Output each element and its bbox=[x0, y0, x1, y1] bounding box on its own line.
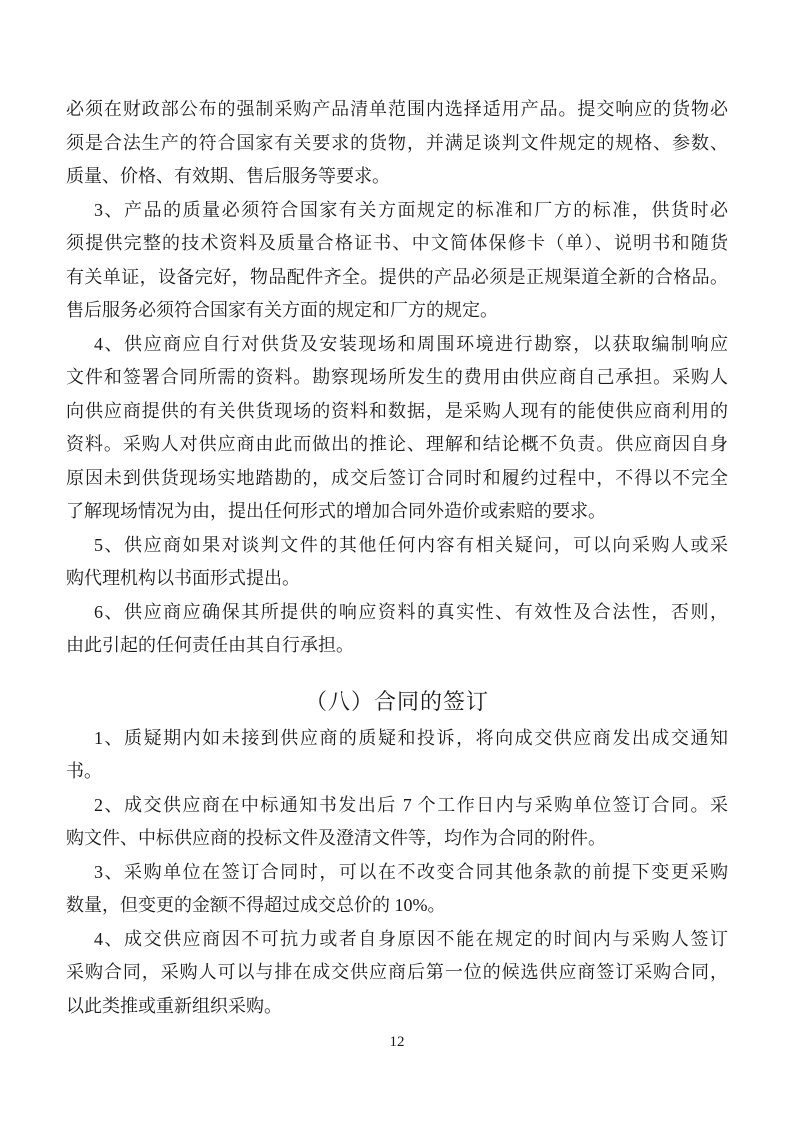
section-heading: （八）合同的签订 bbox=[66, 682, 728, 722]
document-body: 必须在财政部公布的强制采购产品清单范围内选择适用产品。提交响应的货物必须是合法生… bbox=[66, 93, 728, 1023]
text-line: 由此引起的任何责任由其自行承担。 bbox=[66, 629, 728, 663]
paragraph: 5、供应商如果对谈判文件的其他任何内容有相关疑问，可以向采购人或采购代理机构以书… bbox=[66, 529, 728, 596]
paragraph: 必须在财政部公布的强制采购产品清单范围内选择适用产品。提交响应的货物必须是合法生… bbox=[66, 93, 728, 194]
paragraph: 2、成交供应商在中标通知书发出后 7 个工作日内与采购单位签订合同。采购文件、中… bbox=[66, 789, 728, 856]
paragraph: 6、供应商应确保其所提供的响应资料的真实性、有效性及合法性，否则，由此引起的任何… bbox=[66, 596, 728, 663]
text-line: 采购合同，采购人可以与排在成交供应商后第一位的候选供应商签订采购合同， bbox=[66, 956, 728, 990]
text-line: 3、产品的质量必须符合国家有关方面规定的标准和厂方的标准，供货时必 bbox=[66, 194, 728, 228]
text-line: 5、供应商如果对谈判文件的其他任何内容有相关疑问，可以向采购人或采 bbox=[66, 529, 728, 563]
text-line: 3、采购单位在签订合同时，可以在不改变合同其他条款的前提下变更采购 bbox=[66, 856, 728, 890]
text-line: 4、成交供应商因不可抗力或者自身原因不能在规定的时间内与采购人签订 bbox=[66, 923, 728, 957]
text-line: 售后服务必须符合国家有关方面的规定和厂方的规定。 bbox=[66, 294, 728, 328]
paragraph: 1、质疑期内如未接到供应商的质疑和投诉，将向成交供应商发出成交通知书。 bbox=[66, 722, 728, 789]
text-line: 购代理机构以书面形式提出。 bbox=[66, 562, 728, 596]
text-line: 文件和签署合同所需的资料。勘察现场所发生的费用由供应商自己承担。采购人 bbox=[66, 361, 728, 395]
text-line: 6、供应商应确保其所提供的响应资料的真实性、有效性及合法性，否则， bbox=[66, 596, 728, 630]
text-line: 必须在财政部公布的强制采购产品清单范围内选择适用产品。提交响应的货物必 bbox=[66, 93, 728, 127]
text-line: 以此类推或重新组织采购。 bbox=[66, 990, 728, 1024]
text-line: 数量，但变更的金额不得超过成交总价的 10%。 bbox=[66, 889, 728, 923]
page-number: 12 bbox=[0, 1032, 794, 1052]
text-line: 资料。采购人对供应商由此而做出的推论、理解和结论概不负责。供应商因自身 bbox=[66, 428, 728, 462]
paragraph: 4、成交供应商因不可抗力或者自身原因不能在规定的时间内与采购人签订采购合同，采购… bbox=[66, 923, 728, 1024]
text-line: 须是合法生产的符合国家有关要求的货物，并满足谈判文件规定的规格、参数、 bbox=[66, 127, 728, 161]
document-page: 必须在财政部公布的强制采购产品清单范围内选择适用产品。提交响应的货物必须是合法生… bbox=[0, 0, 794, 1123]
text-line: 须提供完整的技术资料及质量合格证书、中文简体保修卡（单）、说明书和随货 bbox=[66, 227, 728, 261]
text-line: 1、质疑期内如未接到供应商的质疑和投诉，将向成交供应商发出成交通知 bbox=[66, 722, 728, 756]
paragraph: 4、供应商应自行对供货及安装现场和周围环境进行勘察，以获取编制响应文件和签署合同… bbox=[66, 328, 728, 529]
text-line: 2、成交供应商在中标通知书发出后 7 个工作日内与采购单位签订合同。采 bbox=[66, 789, 728, 823]
text-line: 书。 bbox=[66, 755, 728, 789]
text-line: 4、供应商应自行对供货及安装现场和周围环境进行勘察，以获取编制响应 bbox=[66, 328, 728, 362]
text-line: 质量、价格、有效期、售后服务等要求。 bbox=[66, 160, 728, 194]
text-line: 向供应商提供的有关供货现场的资料和数据，是采购人现有的能使供应商利用的 bbox=[66, 395, 728, 429]
paragraph: 3、采购单位在签订合同时，可以在不改变合同其他条款的前提下变更采购数量，但变更的… bbox=[66, 856, 728, 923]
text-line: 了解现场情况为由，提出任何形式的增加合同外造价或索赔的要求。 bbox=[66, 495, 728, 529]
paragraph: 3、产品的质量必须符合国家有关方面规定的标准和厂方的标准，供货时必须提供完整的技… bbox=[66, 194, 728, 328]
text-line: 原因未到供货现场实地踏勘的，成交后签订合同时和履约过程中，不得以不完全 bbox=[66, 462, 728, 496]
text-line: 购文件、中标供应商的投标文件及澄清文件等，均作为合同的附件。 bbox=[66, 822, 728, 856]
text-line: 有关单证，设备完好，物品配件齐全。提供的产品必须是正规渠道全新的合格品。 bbox=[66, 261, 728, 295]
